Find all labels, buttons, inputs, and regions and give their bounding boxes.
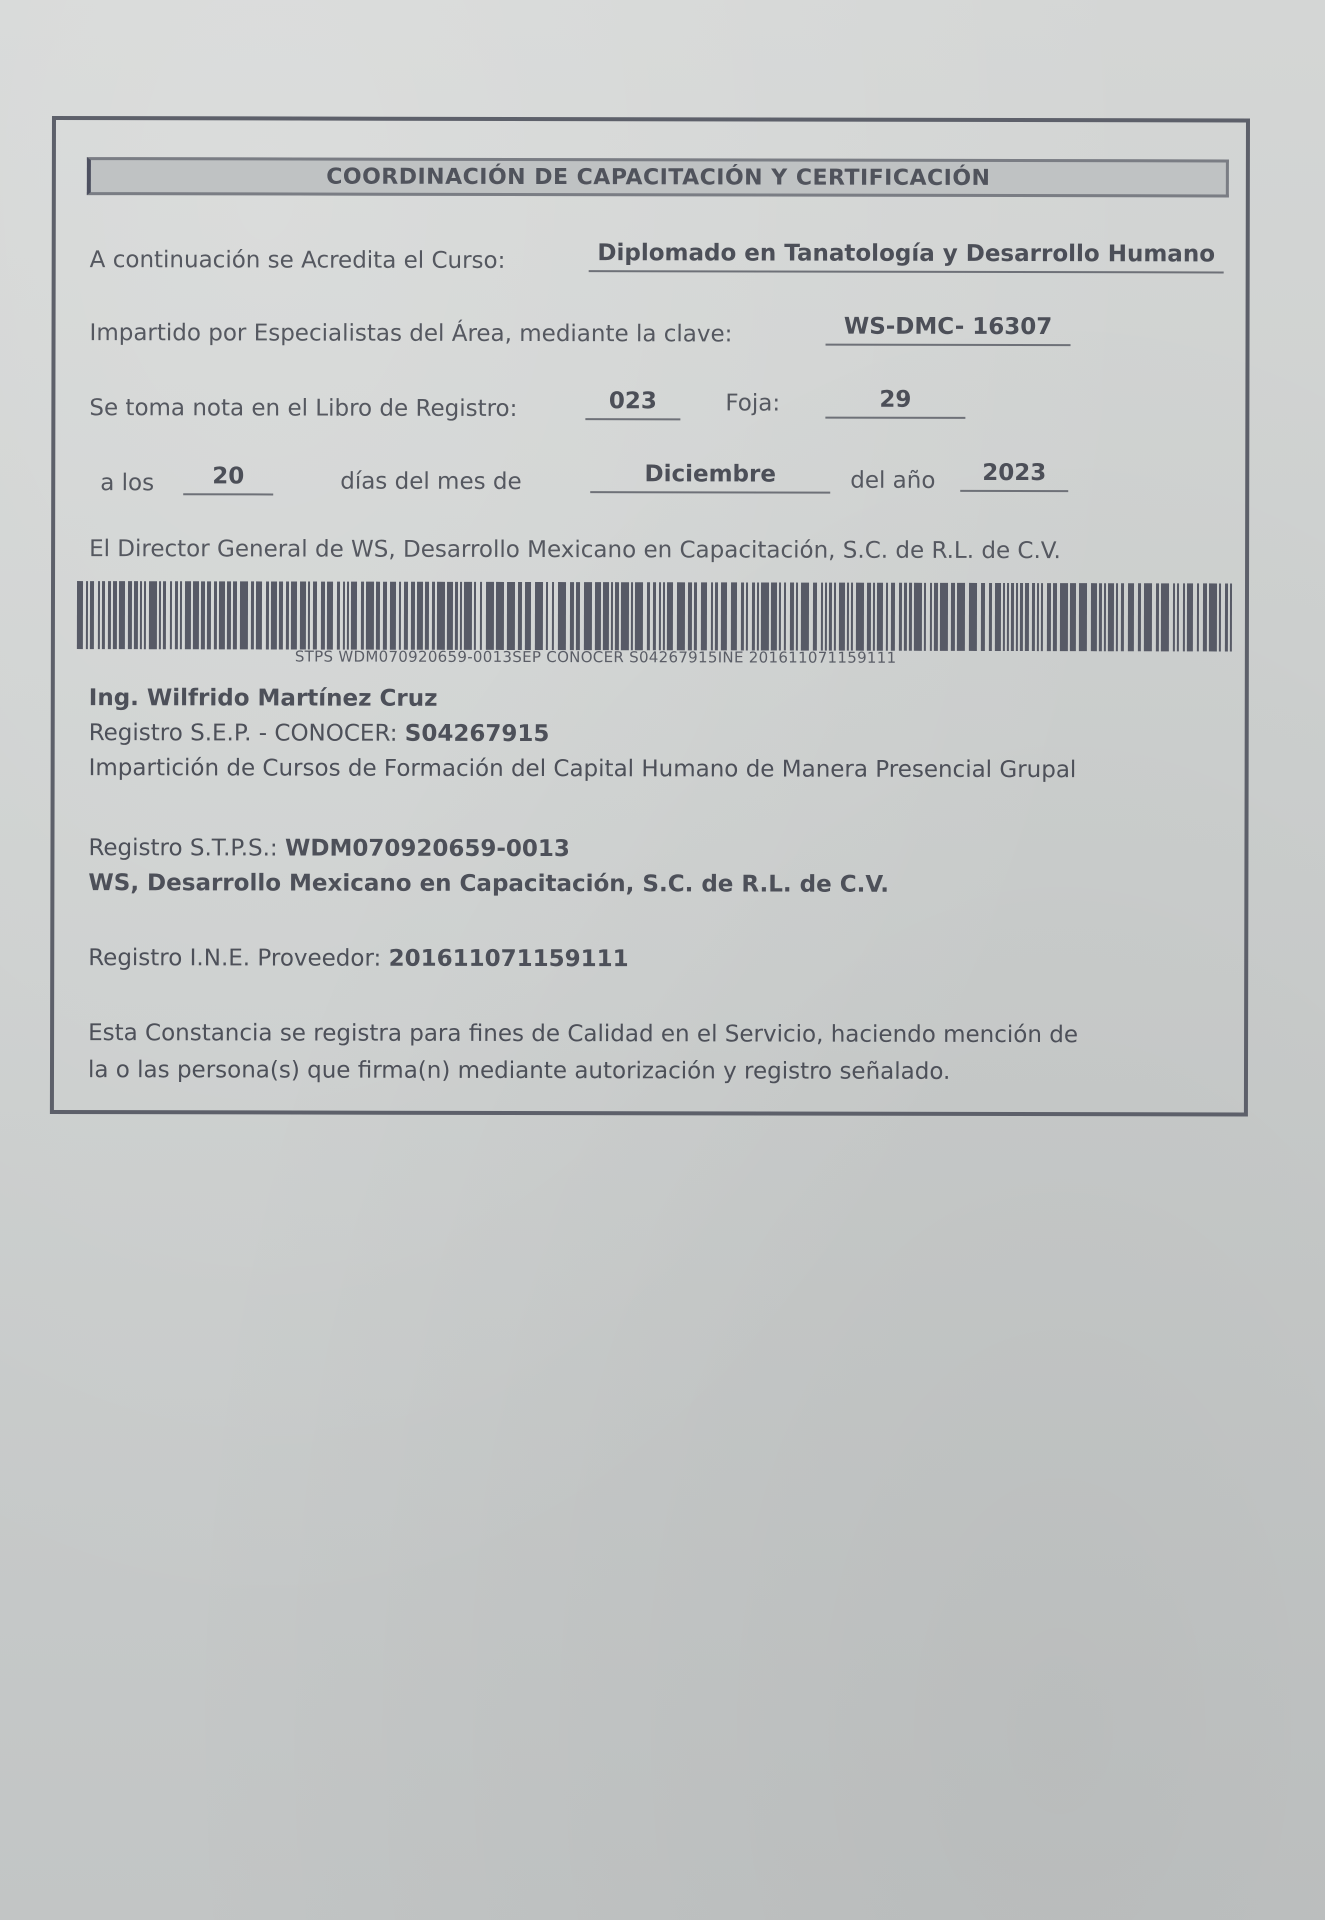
barcode (77, 581, 1232, 651)
ine-label: Registro I.N.E. Proveedor: (88, 945, 381, 972)
sep-label: Registro S.E.P. - CONOCER: (89, 720, 398, 747)
date-month: Diciembre (590, 461, 830, 494)
foja-value: 29 (825, 387, 965, 419)
stps-label: Registro S.T.P.S.: (88, 835, 277, 861)
director-line: El Director General de WS, Desarrollo Me… (89, 536, 1061, 564)
ine-registry: Registro I.N.E. Proveedor: 2016110711591… (88, 940, 629, 977)
certificate-frame: COORDINACIÓN DE CAPACITACIÓN Y CERTIFICA… (50, 116, 1250, 1117)
key-value: WS-DMC- 16307 (826, 314, 1071, 347)
stps-value: WDM070920659-0013 (285, 835, 570, 862)
date-day: 20 (183, 463, 273, 495)
sep-registry: Registro S.E.P. - CONOCER: S04267915 (89, 715, 550, 752)
footer-line-1: Esta Constancia se registra para fines d… (88, 1015, 1078, 1053)
section-title: COORDINACIÓN DE CAPACITACIÓN Y CERTIFICA… (87, 157, 1229, 197)
date-prefix: a los (100, 470, 154, 496)
key-label: Impartido por Especialistas del Área, me… (90, 320, 733, 347)
stps-registry: Registro S.T.P.S.: WDM070920659-0013 (88, 830, 570, 867)
barcode-caption: STPS WDM070920659-0013SEP CONOCER S04267… (295, 648, 897, 667)
date-year: 2023 (960, 460, 1068, 492)
foja-label: Foja: (725, 390, 780, 416)
registry-label: Se toma nota en el Libro de Registro: (89, 395, 517, 422)
year-label: del año (850, 468, 935, 494)
footer-line-2: la o las persona(s) que firma(n) mediant… (88, 1052, 950, 1090)
company-name: WS, Desarrollo Mexicano en Capacitación,… (88, 865, 889, 903)
course-label: A continuación se Acredita el Curso: (90, 247, 506, 274)
signer-name: Ing. Wilfrido Martínez Cruz (89, 680, 438, 717)
signer-description: Impartición de Cursos de Formación del C… (89, 750, 1077, 788)
sep-value: S04267915 (405, 721, 550, 747)
ine-value: 201611071159111 (389, 946, 629, 973)
course-value: Diplomado en Tanatología y Desarrollo Hu… (589, 240, 1224, 273)
registry-book: 023 (585, 388, 680, 420)
month-label: días del mes de (340, 469, 521, 495)
